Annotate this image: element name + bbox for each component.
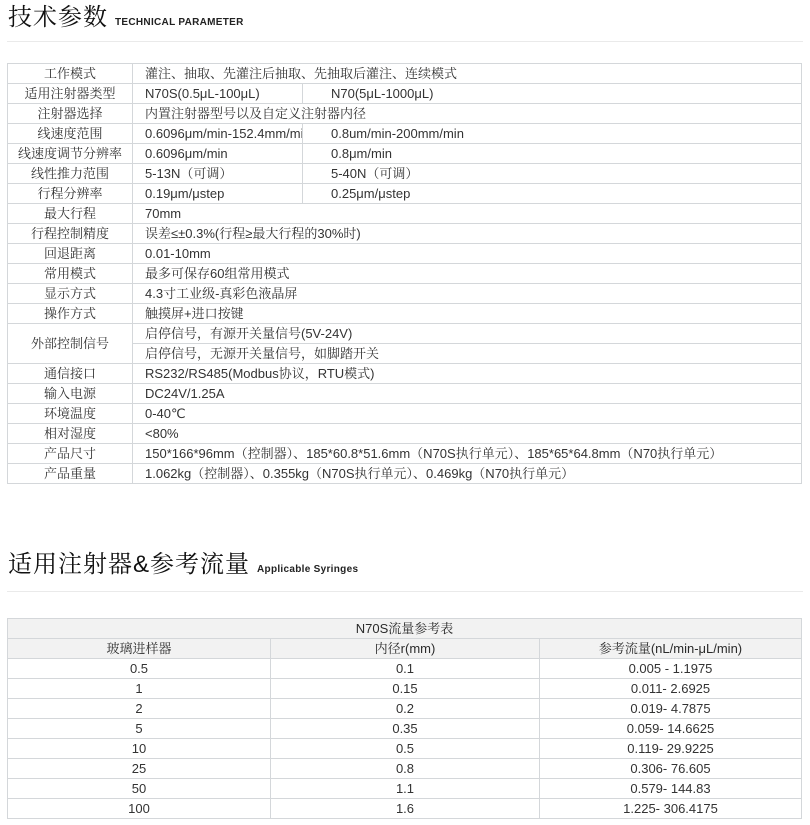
spec-page: 技术参数 TECHNICAL PARAMETER 工作模式灌注、抽取、先灌注后抽… (0, 0, 810, 825)
table-row: 100.50.119- 29.9225 (8, 739, 802, 759)
flow-value: 1.225- 306.4175 (540, 799, 802, 819)
section-divider (7, 591, 803, 592)
table-row: 产品尺寸150*166*96mm（控制器）、185*60.8*51.6mm（N7… (8, 444, 802, 464)
table-row: 线速度调节分辨率0.6096μm/min0.8μm/min (8, 144, 802, 164)
column-header: 参考流量(nL/min-μL/min) (540, 639, 802, 659)
param-value: 启停信号，无源开关量信号，如脚踏开关 (133, 344, 802, 364)
param-label: 产品重量 (8, 464, 133, 484)
column-header: 内径r(mm) (271, 639, 540, 659)
param-value: RS232/RS485(Modbus协议，RTU模式) (133, 364, 802, 384)
flow-value: 0.119- 29.9225 (540, 739, 802, 759)
param-value: 0.8um/min-200mm/min (303, 124, 802, 144)
flow-value: 0.019- 4.7875 (540, 699, 802, 719)
flow-value: 0.5 (271, 739, 540, 759)
param-value: 0-40℃ (133, 404, 802, 424)
param-value: 0.01-10mm (133, 244, 802, 264)
flow-value: 0.579- 144.83 (540, 779, 802, 799)
flow-reference-table: N70S流量参考表玻璃进样器内径r(mm)参考流量(nL/min-μL/min)… (7, 618, 802, 819)
param-value: 误差≤±0.3%(行程≥最大行程的30%时) (133, 224, 802, 244)
param-value: 0.6096μm/min-152.4mm/min (133, 124, 303, 144)
param-label: 最大行程 (8, 204, 133, 224)
table-row: 回退距离0.01-10mm (8, 244, 802, 264)
flow-value: 5 (8, 719, 271, 739)
table-row: 50.350.059- 14.6625 (8, 719, 802, 739)
param-label: 输入电源 (8, 384, 133, 404)
param-label: 工作模式 (8, 64, 133, 84)
param-value: 触摸屏+进口按键 (133, 304, 802, 324)
param-value: <80% (133, 424, 802, 444)
section-title-en: TECHNICAL PARAMETER (115, 17, 244, 28)
param-value: 启停信号，有源开关量信号(5V-24V) (133, 324, 802, 344)
section-title-cn: 适用注射器&参考流量 (8, 550, 250, 580)
flow-value: 0.35 (271, 719, 540, 739)
table-row: 操作方式触摸屏+进口按键 (8, 304, 802, 324)
param-label: 环境温度 (8, 404, 133, 424)
flow-value: 0.8 (271, 759, 540, 779)
param-value: 0.19μm/μstep (133, 184, 303, 204)
flow-value: 1.6 (271, 799, 540, 819)
applicable-syringes-section: 适用注射器&参考流量 Applicable Syringes N70S流量参考表… (7, 550, 803, 819)
param-label: 通信接口 (8, 364, 133, 384)
param-value: 0.6096μm/min (133, 144, 303, 164)
flow-reference-table-body: N70S流量参考表玻璃进样器内径r(mm)参考流量(nL/min-μL/min)… (8, 619, 802, 819)
table-row: 显示方式4.3寸工业级-真彩色液晶屏 (8, 284, 802, 304)
table-row: 最大行程70mm (8, 204, 802, 224)
param-label: 行程分辨率 (8, 184, 133, 204)
param-value: 0.8μm/min (303, 144, 802, 164)
table-row: 0.50.10.005 - 1.1975 (8, 659, 802, 679)
section-title-en: Applicable Syringes (257, 564, 358, 575)
table-row: 产品重量1.062kg（控制器）、0.355kg（N70S执行单元）、0.469… (8, 464, 802, 484)
param-label: 操作方式 (8, 304, 133, 324)
param-label: 行程控制精度 (8, 224, 133, 244)
param-value: 150*166*96mm（控制器）、185*60.8*51.6mm（N70S执行… (133, 444, 802, 464)
flow-value: 0.005 - 1.1975 (540, 659, 802, 679)
param-value: N70(5μL-1000μL) (303, 84, 802, 104)
flow-table-header-row: 玻璃进样器内径r(mm)参考流量(nL/min-μL/min) (8, 639, 802, 659)
flow-value: 0.2 (271, 699, 540, 719)
flow-value: 10 (8, 739, 271, 759)
table-row: 通信接口RS232/RS485(Modbus协议，RTU模式) (8, 364, 802, 384)
table-row: 10.150.011- 2.6925 (8, 679, 802, 699)
section-header: 适用注射器&参考流量 Applicable Syringes (7, 550, 803, 580)
param-value: 4.3寸工业级-真彩色液晶屏 (133, 284, 802, 304)
param-label: 显示方式 (8, 284, 133, 304)
flow-value: 0.059- 14.6625 (540, 719, 802, 739)
param-label: 注射器选择 (8, 104, 133, 124)
section-header: 技术参数 TECHNICAL PARAMETER (7, 0, 803, 33)
table-row: 行程分辨率0.19μm/μstep0.25μm/μstep (8, 184, 802, 204)
param-value: 灌注、抽取、先灌注后抽取、先抽取后灌注、连续模式 (133, 64, 802, 84)
table-row: 外部控制信号启停信号，有源开关量信号(5V-24V) (8, 324, 802, 344)
table-row: 线速度范围0.6096μm/min-152.4mm/min0.8um/min-2… (8, 124, 802, 144)
param-value: N70S(0.5μL-100μL) (133, 84, 303, 104)
param-label: 产品尺寸 (8, 444, 133, 464)
column-header: 玻璃进样器 (8, 639, 271, 659)
table-row: 相对湿度<80% (8, 424, 802, 444)
flow-value: 0.306- 76.605 (540, 759, 802, 779)
table-row: 20.20.019- 4.7875 (8, 699, 802, 719)
param-value: 1.062kg（控制器）、0.355kg（N70S执行单元）、0.469kg（N… (133, 464, 802, 484)
param-value: DC24V/1.25A (133, 384, 802, 404)
flow-value: 1 (8, 679, 271, 699)
param-label: 线性推力范围 (8, 164, 133, 184)
param-label: 适用注射器类型 (8, 84, 133, 104)
flow-value: 100 (8, 799, 271, 819)
flow-value: 0.15 (271, 679, 540, 699)
flow-value: 0.5 (8, 659, 271, 679)
param-label: 回退距离 (8, 244, 133, 264)
flow-value: 0.1 (271, 659, 540, 679)
flow-table-title: N70S流量参考表 (8, 619, 802, 639)
table-row: 250.80.306- 76.605 (8, 759, 802, 779)
flow-value: 25 (8, 759, 271, 779)
flow-value: 0.011- 2.6925 (540, 679, 802, 699)
flow-value: 2 (8, 699, 271, 719)
table-row: 行程控制精度误差≤±0.3%(行程≥最大行程的30%时) (8, 224, 802, 244)
flow-table-title-row: N70S流量参考表 (8, 619, 802, 639)
section-title-cn: 技术参数 (8, 3, 108, 33)
section-divider (7, 41, 803, 42)
param-label: 线速度范围 (8, 124, 133, 144)
param-value: 70mm (133, 204, 802, 224)
table-row: 常用模式最多可保存60组常用模式 (8, 264, 802, 284)
tech-params-table-body: 工作模式灌注、抽取、先灌注后抽取、先抽取后灌注、连续模式适用注射器类型N70S(… (8, 64, 802, 484)
tech-params-table: 工作模式灌注、抽取、先灌注后抽取、先抽取后灌注、连续模式适用注射器类型N70S(… (7, 63, 802, 484)
param-value: 5-13N（可调） (133, 164, 303, 184)
param-value: 最多可保存60组常用模式 (133, 264, 802, 284)
technical-parameter-section: 技术参数 TECHNICAL PARAMETER 工作模式灌注、抽取、先灌注后抽… (7, 0, 803, 484)
param-label: 外部控制信号 (8, 324, 133, 364)
param-value: 5-40N（可调） (303, 164, 802, 184)
table-row: 适用注射器类型N70S(0.5μL-100μL)N70(5μL-1000μL) (8, 84, 802, 104)
table-row: 1001.61.225- 306.4175 (8, 799, 802, 819)
param-value: 内置注射器型号以及自定义注射器内径 (133, 104, 802, 124)
param-label: 常用模式 (8, 264, 133, 284)
param-value: 0.25μm/μstep (303, 184, 802, 204)
param-label: 线速度调节分辨率 (8, 144, 133, 164)
table-row: 501.10.579- 144.83 (8, 779, 802, 799)
table-row: 注射器选择内置注射器型号以及自定义注射器内径 (8, 104, 802, 124)
table-row: 输入电源DC24V/1.25A (8, 384, 802, 404)
table-row: 环境温度0-40℃ (8, 404, 802, 424)
table-row: 线性推力范围5-13N（可调）5-40N（可调） (8, 164, 802, 184)
table-row: 工作模式灌注、抽取、先灌注后抽取、先抽取后灌注、连续模式 (8, 64, 802, 84)
param-label: 相对湿度 (8, 424, 133, 444)
flow-value: 1.1 (271, 779, 540, 799)
flow-value: 50 (8, 779, 271, 799)
